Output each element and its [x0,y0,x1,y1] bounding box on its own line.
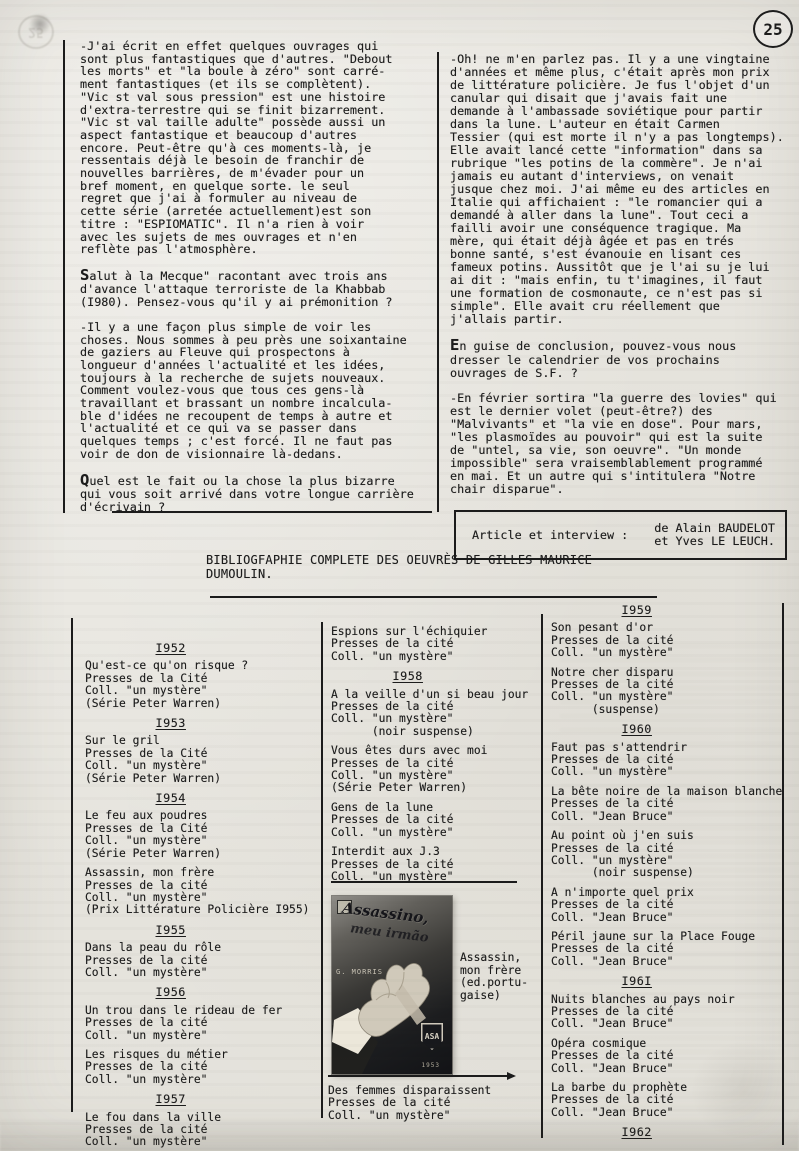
bibliography-column-3: I959 Son pesant d'or Presses de la cité … [551,600,786,1145]
interview-column-left: -J'ai écrit en effet quelques ouvrages q… [80,40,428,526]
bibliography-heading: BIBLIOGFAPHIE COMPLETE DES OEUVRÈS DE GI… [206,553,666,581]
interview-paragraph: En guise de conclusion, pouvez-vous nous… [450,338,790,380]
bibliography-entry: Son pesant d'or Presses de la cité Coll.… [551,622,786,659]
bibliography-entry: A n'importe quel prix Presses de la cité… [551,887,786,924]
cover-year: 1953 [422,1062,440,1069]
bibliography-column-2-bottom: Des femmes disparaissent Presses de la c… [328,1085,538,1129]
page-number: 25 [763,20,782,39]
bibliography-divider-2 [541,614,543,1138]
bibliography-entry: Faut pas s'attendrir Presses de la cité … [551,742,786,779]
bibliography-entry: La barbe du prophète Presses de la cité … [551,1082,786,1119]
interview-paragraph: Quel est le fait ou la chose la plus biz… [80,473,428,514]
year-header: I952 [85,642,320,654]
paragraph-text: -En février sortira "la guerre des lovie… [450,391,777,496]
year-header: I957 [85,1093,320,1105]
bibliography-entry: Les risques du métier Presses de la cité… [85,1049,320,1086]
year-header: I959 [551,604,786,616]
bibliography-entry: Au point où j'en suis Presses de la cité… [551,830,786,880]
bibliography-entry: Un trou dans le rideau de fer Presses de… [85,1005,320,1042]
year-header: I960 [551,723,786,735]
scanned-page: 25 25 -J'ai écrit en effet quelques ouvr… [0,0,799,1151]
bibliography-entry: Sur le gril Presses de la Cité Coll. "un… [85,735,320,785]
paragraph-text: -J'ai écrit en effet quelques ouvrages q… [80,39,393,256]
page-number-badge: 25 [753,10,793,48]
interview-column-right: -Oh! ne m'en parlez pas. Il y a une ving… [450,53,790,508]
bibliography-left-rule [71,618,73,1112]
bibliography-entry: Interdit aux J.3 Presses de la cité Coll… [331,846,536,883]
paragraph-text: -Oh! ne m'en parlez pas. Il y a une ving… [450,52,784,326]
paragraph-text: n guise de conclusion, pouvez-vous nous … [450,339,736,380]
year-header: I962 [551,1126,786,1138]
bibliography-entry: Opéra cosmique Presses de la cité Coll. … [551,1038,786,1075]
bibliography-entry: Dans la peau du rôle Presses de la cité … [85,942,320,979]
bibliography-entry: A la veille d'un si beau jour Presses de… [331,689,536,739]
bibliography-entry: Assassin, mon frère Presses de la cité C… [85,867,320,917]
bibliography-entry: La bête noire de la maison blanche Press… [551,786,786,823]
bibliography-entry: Qu'est-ce qu'on risque ? Presses de la C… [85,660,320,710]
paragraph-text: alut à la Mecque" racontant avec trois a… [80,269,393,309]
book-cover-image: Assassino, meu irmão G. MORRIS ASA 1953 [332,896,452,1074]
credit-label: Article et interview : [472,528,628,542]
interview-right-column-rule [437,52,439,512]
year-header: I953 [85,717,320,729]
ghost-page-number: 25 [18,15,54,49]
year-header: I958 [331,670,536,682]
bibliography-entry: Espions sur l'échiquier Presses de la ci… [331,626,536,663]
paragraph-text: uel est le fait ou la chose la plus biza… [80,474,414,514]
cover-caption: Assassin, mon frère (ed.portu- gaise) [460,952,572,1002]
interview-paragraph: -J'ai écrit en effet quelques ouvrages q… [80,40,428,256]
year-header: I954 [85,792,320,804]
bibliography-entry: Des femmes disparaissent Presses de la c… [328,1085,538,1122]
asa-logo-text: ASA [425,1032,439,1041]
bibliography-entry: Notre cher disparu Presses de la cité Co… [551,667,786,717]
bibliography-column-1: I952 Qu'est-ce qu'on risque ? Presses de… [85,638,320,1151]
arrow-divider [328,1075,514,1077]
year-header: I956 [85,986,320,998]
bibliography-entry: Péril jaune sur la Place Fouge Presses d… [551,931,786,968]
interview-left-column-rule [63,40,65,513]
bibliography-entry: Le feu aux poudres Presses de la Cité Co… [85,810,320,860]
year-header: I96I [551,975,786,987]
interview-paragraph: -En février sortira "la guerre des lovie… [450,392,790,496]
bibliography-divider-1 [321,622,323,1118]
interview-paragraph: Salut à la Mecque" racontant avec trois … [80,268,428,309]
interview-paragraph: -Il y a une façon plus simple de voir le… [80,321,428,461]
year-header: I955 [85,924,320,936]
bibliography-column-2-top: Espions sur l'échiquier Presses de la ci… [331,626,536,890]
bibliography-entry: Le fou dans la ville Presses de la cité … [85,1112,320,1149]
drop-cap: E [450,336,459,354]
bibliography-entry: Nuits blanches au pays noir Presses de l… [551,994,786,1031]
bibliography-entry: Gens de la lune Presses de la cité Coll.… [331,802,536,839]
drop-cap: Q [80,471,89,489]
heading-rule [210,596,657,598]
drop-cap: S [80,266,89,284]
bibliography-entry: Vous êtes durs avec moi Presses de la ci… [331,745,536,795]
interview-paragraph: -Oh! ne m'en parlez pas. Il y a une ving… [450,53,790,326]
credit-authors: de Alain BAUDELOT et Yves LE LEUCH. [654,522,775,548]
paragraph-text: -Il y a une façon plus simple de voir le… [80,320,407,461]
